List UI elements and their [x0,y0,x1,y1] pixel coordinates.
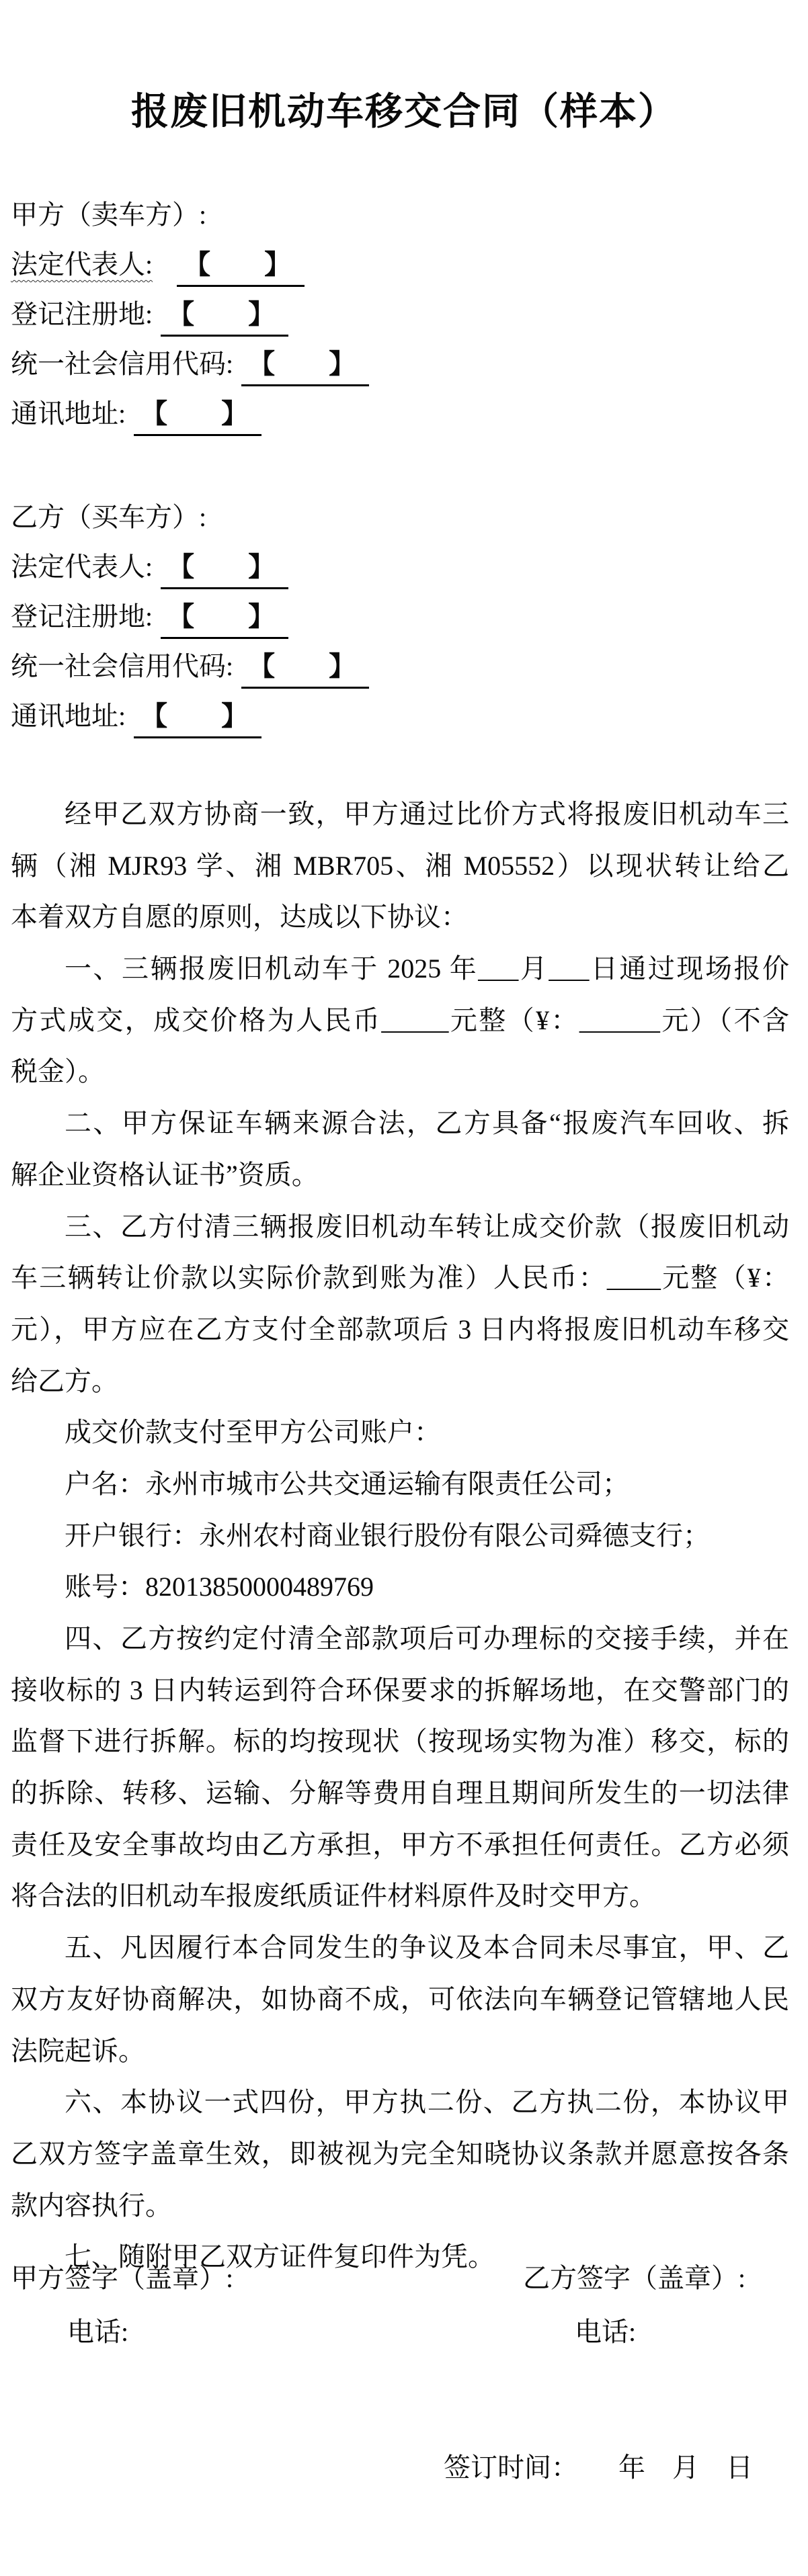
party-a-heading-label: 甲方（卖车方）: [11,200,206,230]
body-line: 开户银行：永州农村商业银行股份有限公司舜德支行； [11,1510,789,1562]
body-line: 经甲乙双方协商一致，甲方通过比价方式将报废旧机动车三 [11,789,789,841]
body-line: 解企业资格认证书”资质。 [11,1150,789,1201]
body-line: 方式成交，成交价格为人民币_____元整（¥：______元）（不含 [11,995,789,1047]
credit-code-label: 统一社会信用代码: [11,651,233,681]
body-line: 税金）。 [11,1046,789,1098]
registered-address-blank-field: 【 】 [161,300,288,337]
party-a-signature-label: 甲方签字（盖章）: [11,2263,233,2294]
body-line: 监督下进行拆解。标的均按现状（按现场实物为准）移交，标的 [11,1716,789,1768]
body-line: 成交价款支付至甲方公司账户： [11,1407,789,1459]
party-b-signature-label: 乙方签字（盖章）: [523,2263,745,2294]
legal-representative-label: 法定代表人: [11,552,153,582]
credit-code-label: 统一社会信用代码: [11,349,233,379]
legal-representative-blank-field: 【 】 [177,250,305,287]
document-title: 报废旧机动车移交合同（样本） [0,82,808,136]
body-line: 双方友好协商解决，如协商不成，可依法向车辆登记管辖地人民 [11,1974,789,2026]
party-b-section: 乙方（买车方）: 法定代表人:【 】 登记注册地:【 】 统一社会信用代码:【 … [11,492,789,741]
body-line: 乙双方签字盖章生效，即被视为完全知晓协议条款并愿意按各条 [11,2129,789,2180]
body-line: 四、乙方按约定付清全部款项后可办理标的交接手续，并在 [11,1613,789,1665]
mailing-address-blank-field: 【 】 [134,399,261,436]
party-a-phone-label: 电话: [67,2317,128,2348]
contract-body: 经甲乙双方协商一致，甲方通过比价方式将报废旧机动车三 辆（湘 MJR93 学、湘… [11,789,789,2283]
party-a-credit-code-row: 统一社会信用代码:【 】 [11,339,789,389]
body-line: 二、甲方保证车辆来源合法，乙方具备“报废汽车回收、拆 [11,1098,789,1150]
body-line: 本着双方自愿的原则，达成以下协议： [11,892,789,943]
party-b-heading-label: 乙方（买车方）: [11,502,206,532]
legal-representative-blank-field: 【 】 [161,552,288,589]
party-a-heading: 甲方（卖车方）: [11,190,789,240]
party-b-registered-address-row: 登记注册地:【 】 [11,592,789,642]
body-line: 接收标的 3 日内转运到符合环保要求的拆解场地，在交警部门的 [11,1665,789,1717]
registered-address-blank-field: 【 】 [161,602,288,639]
body-line: 账号：82013850000489769 [11,1561,789,1613]
party-b-legal-representative-row: 法定代表人:【 】 [11,542,789,592]
credit-code-blank-field: 【 】 [241,349,369,386]
registered-address-label: 登记注册地: [11,601,153,632]
body-line: 五、凡因履行本合同发生的争议及本合同未尽事宜，甲、乙 [11,1922,789,1974]
party-b-mailing-address-row: 通讯地址:【 】 [11,691,789,741]
party-a-legal-representative-row: 法定代表人:【 】 [11,240,789,290]
signing-date-line: 签订时间： 年 月 日 [444,2452,753,2483]
body-line: 的拆除、转移、运输、分解等费用自理且期间所发生的一切法律 [11,1768,789,1819]
body-line: 法院起诉。 [11,2026,789,2077]
body-line: 一、三辆报废旧机动车于 2025 年___月___日通过现场报价 [11,943,789,995]
mailing-address-blank-field: 【 】 [134,701,261,738]
party-b-credit-code-row: 统一社会信用代码:【 】 [11,642,789,691]
body-line: 户名：永州市城市公共交通运输有限责任公司； [11,1459,789,1510]
party-b-phone-label: 电话: [575,2317,636,2348]
mailing-address-label: 通讯地址: [11,701,126,731]
body-line: 元），甲方应在乙方支付全部款项后 3 日内将报废旧机动车移交 [11,1304,789,1356]
body-line: 责任及安全事故均由乙方承担，甲方不承担任何责任。乙方必须 [11,1819,789,1871]
legal-representative-label: 法定代表人: [11,249,153,280]
body-line: 六、本协议一式四份，甲方执二份、乙方执二份，本协议甲 [11,2077,789,2129]
mailing-address-label: 通讯地址: [11,398,126,429]
party-a-registered-address-row: 登记注册地:【 】 [11,290,789,339]
body-line: 将合法的旧机动车报废纸质证件材料原件及时交甲方。 [11,1871,789,1922]
party-a-mailing-address-row: 通讯地址:【 】 [11,389,789,439]
body-line: 三、乙方付清三辆报废旧机动车转让成交价款（报废旧机动 [11,1201,789,1253]
body-line: 辆（湘 MJR93 学、湘 MBR705、湘 M05552）以现状转让给乙方。 [11,841,789,892]
party-a-section: 甲方（卖车方）: 法定代表人:【 】 登记注册地:【 】 统一社会信用代码:【 … [11,190,789,439]
body-line: 车三辆转让价款以实际价款到账为准）人民币：____元整（¥： [11,1252,789,1304]
body-line: 款内容执行。 [11,2180,789,2232]
credit-code-blank-field: 【 】 [241,652,369,689]
contract-page: 报废旧机动车移交合同（样本） 甲方（卖车方）: 法定代表人:【 】 登记注册地:… [0,0,808,2576]
party-b-heading: 乙方（买车方）: [11,492,789,542]
registered-address-label: 登记注册地: [11,299,153,329]
body-line: 给乙方。 [11,1356,789,1408]
